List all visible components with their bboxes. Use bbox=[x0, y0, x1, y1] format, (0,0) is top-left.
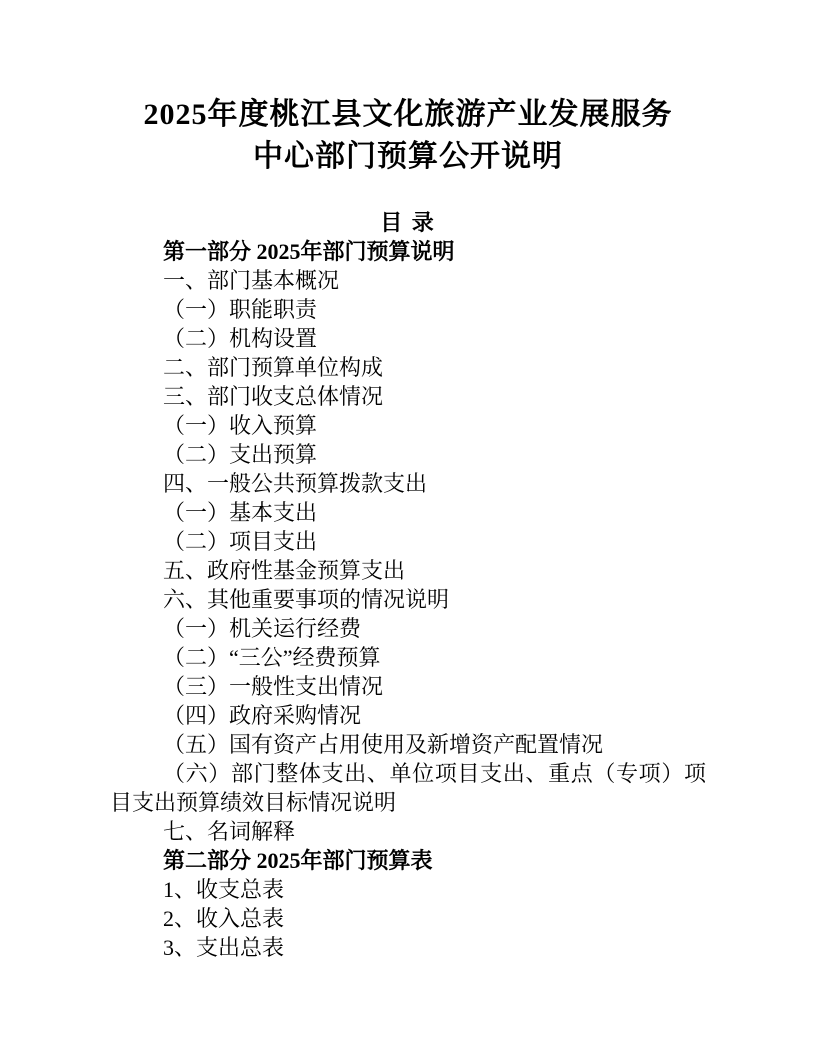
document-page: 2025年度桃江县文化旅游产业发展服务 中心部门预算公开说明 目 录 第一部分 … bbox=[0, 0, 816, 1056]
toc-item: 五、政府性基金预算支出 bbox=[110, 556, 706, 585]
toc-item: 二、部门预算单位构成 bbox=[110, 353, 706, 382]
toc-item: 1、收支总表 bbox=[110, 875, 706, 904]
toc-part1-heading: 第一部分 2025年部门预算说明 bbox=[110, 237, 706, 266]
toc-item: 七、名词解释 bbox=[110, 817, 706, 846]
document-title: 2025年度桃江县文化旅游产业发展服务 中心部门预算公开说明 bbox=[110, 94, 706, 178]
toc-item: （一）职能职责 bbox=[110, 295, 706, 324]
toc-item: （四）政府采购情况 bbox=[110, 701, 706, 730]
toc-item: 三、部门收支总体情况 bbox=[110, 382, 706, 411]
toc-item: （二）项目支出 bbox=[110, 527, 706, 556]
toc-item: （二）支出预算 bbox=[110, 440, 706, 469]
toc-item: 2、收入总表 bbox=[110, 904, 706, 933]
table-of-contents: 目 录 第一部分 2025年部门预算说明 一、部门基本概况 （一）职能职责 （二… bbox=[110, 208, 706, 962]
toc-item: 四、一般公共预算拨款支出 bbox=[110, 469, 706, 498]
toc-item: （一）基本支出 bbox=[110, 498, 706, 527]
toc-heading: 目 录 bbox=[110, 208, 706, 237]
document-title-line1: 2025年度桃江县文化旅游产业发展服务 bbox=[144, 98, 673, 131]
document-title-line2: 中心部门预算公开说明 bbox=[253, 140, 563, 173]
toc-item: 3、支出总表 bbox=[110, 933, 706, 962]
toc-item: （一）收入预算 bbox=[110, 411, 706, 440]
toc-item: 六、其他重要事项的情况说明 bbox=[110, 585, 706, 614]
toc-item: （一）机关运行经费 bbox=[110, 614, 706, 643]
toc-item: （二）“三公”经费预算 bbox=[110, 643, 706, 672]
toc-item: （五）国有资产占用使用及新增资产配置情况 bbox=[110, 730, 706, 759]
toc-item: （六）部门整体支出、单位项目支出、重点（专项）项目支出预算绩效目标情况说明 bbox=[110, 759, 706, 817]
toc-part2-heading: 第二部分 2025年部门预算表 bbox=[110, 846, 706, 875]
toc-item: （二）机构设置 bbox=[110, 324, 706, 353]
toc-item: （三）一般性支出情况 bbox=[110, 672, 706, 701]
toc-item: 一、部门基本概况 bbox=[110, 266, 706, 295]
